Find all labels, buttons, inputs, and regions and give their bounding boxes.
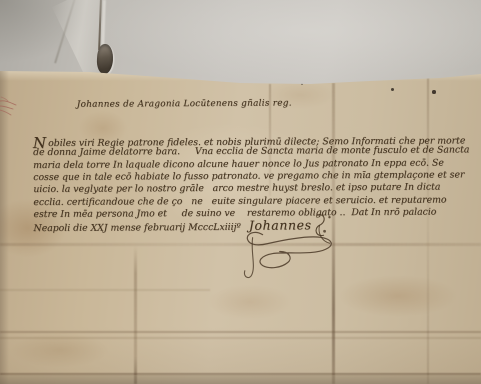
document-heading: Johannes de Aragonia Locūtenens gñalis r… — [77, 98, 292, 109]
date-text: Neapoli die XXJ mense februarij McccLxii… — [34, 222, 241, 234]
letter-body: Nobiles viri Regie patrone fideles. et n… — [33, 132, 470, 233]
signature-paraph-icon — [233, 226, 345, 283]
initial-capital: N — [33, 133, 47, 151]
manuscript-photo: Johannes de Aragonia Locūtenens gñalis r… — [0, 0, 481, 384]
